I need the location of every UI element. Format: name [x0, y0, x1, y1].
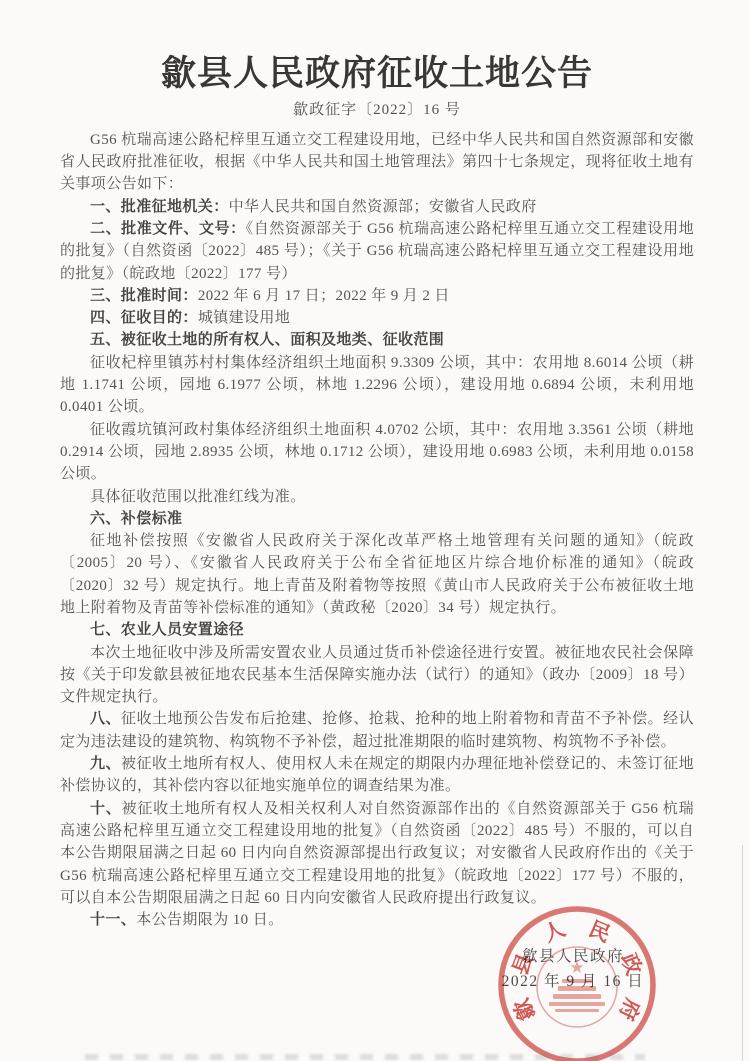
intro-paragraph: G56 杭瑞高速公路杞梓里互通立交工程建设用地，已经中华人民共和国自然资源部和安… [60, 129, 694, 196]
section-label: 八、 [90, 710, 121, 727]
section-label: 五、被征收土地的所有权人、面积及地类、征收范围 [90, 331, 444, 348]
page-title: 歙县人民政府征收土地公告 [60, 52, 694, 96]
section-label: 七、农业人员安置途径 [90, 621, 244, 638]
section-label: 十、 [90, 800, 122, 817]
section-text: 被征收土地所有权人、使用权人未在规定的期限内办理征地补偿登记的、未签订征地补偿协… [60, 756, 694, 794]
section-text: 本公告期限为 10 日。 [136, 912, 283, 928]
section-label: 九、 [90, 755, 121, 772]
seal-character: 府 [614, 995, 645, 1024]
page-edge-artifact [85, 1054, 645, 1060]
seal-character: 民 [585, 917, 613, 946]
item-7-heading: 七、农业人员安置途径 [60, 619, 694, 641]
item-7-body: 本次土地征收中涉及所需安置农业人员通过货币补偿途径进行安置。被征地农民社会保障按… [60, 642, 694, 709]
section-label: 六、补偿标准 [90, 510, 182, 527]
item-6-body: 征地补偿按照《安徽省人民政府关于深化改革严格土地管理有关问题的通知》（皖政〔20… [60, 530, 694, 619]
seal-character: 政 [616, 950, 646, 978]
seal-character: 歙 [509, 995, 540, 1024]
seal-ring [501, 909, 653, 1061]
section-text: 中华人民共和国自然资源部；安徽省人民政府 [229, 199, 537, 215]
item-8: 八、征收土地预公告发布后抢建、抢修、抢栽、抢种的地上附着物和青苗不予补偿。经认定… [60, 708, 694, 753]
section-text: 征收杞梓里镇苏村村集体经济组织土地面积 9.3309 公顷，其中：农用地 8.6… [60, 355, 694, 416]
item-5-body-2: 征收霞坑镇河政村集体经济组织土地面积 4.0702 公顷，其中：农用地 3.35… [60, 419, 694, 486]
section-text: 具体征收范围以批准红线为准。 [90, 489, 306, 505]
item-6-heading: 六、补偿标准 [60, 508, 694, 530]
item-5-body-1: 征收杞梓里镇苏村村集体经济组织土地面积 9.3309 公顷，其中：农用地 8.6… [60, 352, 694, 419]
section-label: 三、批准时间： [90, 287, 198, 304]
seal-character: 人 [540, 917, 568, 946]
national-emblem-icon: ★ [537, 947, 617, 1027]
star-icon: ★ [569, 958, 584, 978]
section-text: 被征收土地所有权人及相关权利人对自然资源部作出的《自然资源部关于 G56 杭瑞高… [60, 801, 694, 906]
section-text: 征收土地预公告发布后抢建、抢修、抢栽、抢种的地上附着物和青苗不予补偿。经认定为违… [60, 711, 694, 749]
section-text: 本次土地征收中涉及所需安置农业人员通过货币补偿途径进行安置。被征地农民社会保障按… [60, 645, 694, 706]
item-2: 二、批准文件、文号：《自然资源部关于 G56 杭瑞高速公路杞梓里互通立交工程建设… [60, 218, 694, 285]
section-label: 一、批准征地机关： [90, 198, 229, 215]
section-text: 征地补偿按照《安徽省人民政府关于深化改革严格土地管理有关问题的通知》（皖政〔20… [60, 533, 694, 616]
section-text: 城镇建设用地 [198, 310, 290, 326]
item-10: 十、被征收土地所有权人及相关权利人对自然资源部作出的《自然资源部关于 G56 杭… [60, 798, 694, 909]
paper-edge [742, 845, 743, 1061]
seal-character: 县 [509, 950, 538, 978]
item-5-body-3: 具体征收范围以批准红线为准。 [60, 486, 694, 508]
item-3: 三、批准时间：2022 年 6 月 17 日；2022 年 9 月 2 日 [60, 285, 694, 307]
item-1: 一、批准征地机关：中华人民共和国自然资源部；安徽省人民政府 [60, 196, 694, 218]
section-text: 征收霞坑镇河政村集体经济组织土地面积 4.0702 公顷，其中：农用地 3.35… [60, 422, 694, 483]
official-seal: 歙 县 人 民 政 府 ★ [494, 902, 660, 1061]
doc-number: 歙政征字〔2022〕16 号 [60, 100, 694, 120]
section-text: 2022 年 6 月 17 日；2022 年 9 月 2 日 [198, 288, 450, 304]
section-label: 二、批准文件、文号： [90, 220, 246, 237]
item-5-heading: 五、被征收土地的所有权人、面积及地类、征收范围 [60, 329, 694, 351]
section-label: 十一、 [90, 911, 136, 928]
item-9: 九、被征收土地所有权人、使用权人未在规定的期限内办理征地补偿登记的、未签订征地补… [60, 753, 694, 798]
item-4: 四、征收目的：城镇建设用地 [60, 307, 694, 329]
section-text: G56 杭瑞高速公路杞梓里互通立交工程建设用地，已经中华人民共和国自然资源部和安… [60, 132, 694, 193]
section-label: 四、征收目的： [90, 309, 198, 326]
